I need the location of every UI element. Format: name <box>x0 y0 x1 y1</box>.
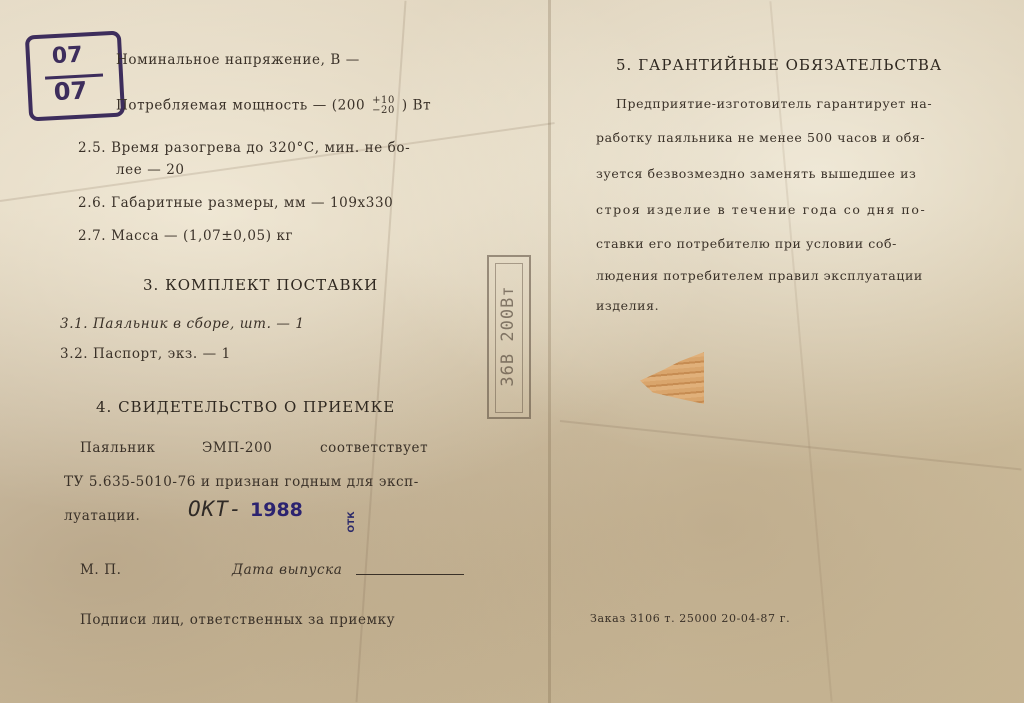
section-4-line-1-c: соответствует <box>320 440 428 456</box>
warranty-line: зуется безвозмездно заменять вышедшее из <box>596 166 916 181</box>
section-3-item: 3.1. Паяльник в сборе, шт. — 1 <box>60 316 305 332</box>
warranty-line: Предприятие-изготовитель гарантирует на- <box>616 96 932 111</box>
spec-text: Время разогрева до 320°С, мин. не бо- <box>111 140 410 156</box>
spec-2-3: Номинальное напряжение, В — <box>116 52 360 68</box>
spec-2-5: 2.5. Время разогрева до 320°С, мин. не б… <box>78 140 410 156</box>
release-date-line <box>356 574 464 575</box>
section-4-line-1-b: ЭМП-200 <box>202 440 272 456</box>
spec-text: Номинальное напряжение, В — <box>116 52 360 68</box>
section-3-item: 3.2. Паспорт, экз. — 1 <box>60 346 231 362</box>
tolerance-minus: −20 <box>372 105 395 116</box>
spec-2-5-cont: лее — 20 <box>116 162 185 178</box>
section-4-title: 4. СВИДЕТЕЛЬСТВО О ПРИЕМКЕ <box>96 398 395 416</box>
spec-2-6: 2.6. Габаритные размеры, мм — 109х330 <box>78 195 393 211</box>
warranty-line: людения потребителем правил эксплуатации <box>596 268 923 283</box>
spec-text: Масса — (1,07±0,05) кг <box>111 228 293 244</box>
signatures-label: Подписи лиц, ответственных за приемку <box>80 612 395 628</box>
section-4-line-1-a: Паяльник <box>80 440 156 456</box>
document-sheet: 07 07 Номинальное напряжение, В — Потреб… <box>0 0 1024 703</box>
spec-2-7: 2.7. Масса — (1,07±0,05) кг <box>78 228 293 244</box>
stamp-top-number: 07 <box>51 43 83 70</box>
spec-num: 2.5. <box>78 140 106 156</box>
mp-label: М. П. <box>80 562 121 578</box>
order-line: Заказ 3106 т. 25000 20-04-87 г. <box>590 612 790 625</box>
warranty-line: строя изделие в течение года со дня по- <box>596 202 926 217</box>
spec-num: 2.6. <box>78 195 106 211</box>
tolerance: +10 −20 <box>372 96 395 116</box>
section-3-title: 3. КОМПЛЕКТ ПОСТАВКИ <box>143 276 378 294</box>
date-stamp-month: ОКТ- <box>188 497 243 521</box>
spec-unit: ) Вт <box>402 98 431 114</box>
spec-num: 2.7. <box>78 228 106 244</box>
warranty-line: изделия. <box>596 298 659 313</box>
section-5-title: 5. ГАРАНТИЙНЫЕ ОБЯЗАТЕЛЬСТВА <box>616 56 942 74</box>
warranty-line: ставки его потребителю при условии соб- <box>596 236 897 251</box>
spec-text: Потребляемая мощность — (200 <box>116 98 365 114</box>
section-4-line-3: луатации. <box>64 508 140 524</box>
crease <box>0 122 555 202</box>
stamp-bottom-number: 07 <box>53 76 88 106</box>
qc-vertical-stamp: ОТК <box>347 511 357 532</box>
spec-text: Габаритные размеры, мм — 109х330 <box>111 195 393 211</box>
section-4-line-2: ТУ 5.635-5010-76 и признан годным для эк… <box>64 474 419 490</box>
center-fold <box>548 0 551 703</box>
fold-stamp-text: 36В 200Вт <box>498 285 518 386</box>
paper-tear-hole <box>640 352 704 404</box>
inspection-stamp: 07 07 <box>25 31 125 122</box>
spec-2-4: Потребляемая мощность — (200 +10 −20 ) В… <box>116 96 431 116</box>
date-stamp-year: 1988 <box>250 499 303 521</box>
warranty-line: работку паяльника не менее 500 часов и о… <box>596 130 925 145</box>
release-date-label: Дата выпуска <box>232 562 342 578</box>
crease <box>560 420 1022 470</box>
